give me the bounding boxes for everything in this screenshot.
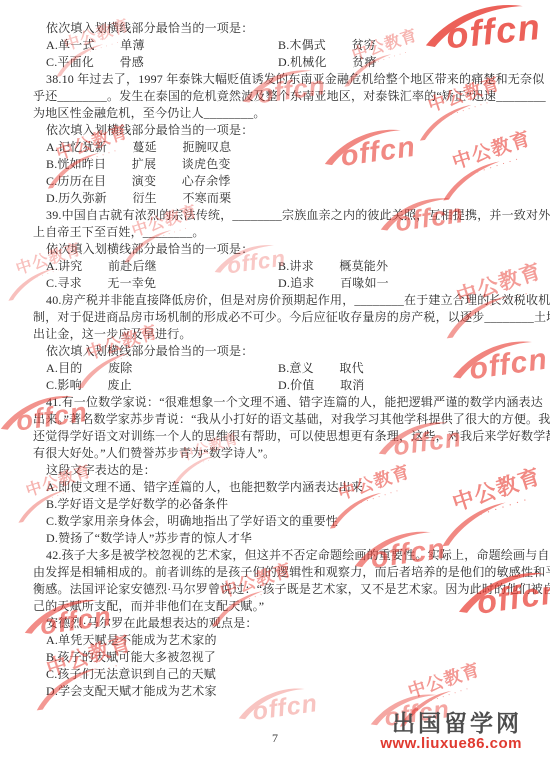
option-row: C.寻求 无一幸免D.追求 百喙如一 [33,275,524,292]
text-line: 38.10 年过去了，1997 年泰铢大幅贬值诱发的东南亚金融危机给整个地区带来… [33,71,524,88]
text-line: D.历久弥新 衍生 不寒而栗 [33,190,524,207]
text-line: B.孩子的天赋可能大多被忽视了 [33,649,524,666]
text-line: 出来。”著名数学家苏步青说：“我从小打好的语文基础，对我学习其他学科提供了很大的… [33,411,524,428]
option: C.影响 废止 [46,377,278,394]
text-line: 制，对于促进商品房市场机制的形成必不可少。今后应征收存量房的房产税，以逐步___… [33,309,524,326]
text-line: 42.孩子大多是被学校忽视的艺术家，但这并不否定命题绘画的重要性。实际上，命题绘… [33,547,524,564]
text-line: 由发挥是相辅相成的。前者训练的是孩子们的逻辑性和观察力，而后者培养的是他们的敏感… [33,564,524,581]
text-line: B.恍如昨日 扩展 谈虎色变 [33,156,524,173]
text-line: 衡感。法国评论家安德烈·马尔罗曾说过：“孩子既是艺术家，又不是艺术家。因为此时的… [33,581,524,598]
option: B.木偶式 贫穷 [278,37,510,54]
option-row: A.单一式 单薄B.木偶式 贫穷 [33,37,524,54]
text-line: 有很大好处。”人们赞誉苏步青为“数学诗人”。 [33,445,524,462]
text-line: 依次填入划横线部分最恰当的一项是： [33,343,524,360]
option-row: A.目的 废除B.意义 取代 [33,360,524,377]
text-line: 为地区性金融危机，至今仍让人________。 [33,105,524,122]
text-line: C.数学家用亲身体会，明确地指出了学好语文的重要性 [33,513,524,530]
text-line: 己的天赋所支配，而并非他们在支配天赋。” [33,598,524,615]
site-url: www.liuxue86.com [380,736,522,752]
text-line: C.孩子们无法意识到自己的天赋 [33,666,524,683]
text-line: A.单凭天赋是不能成为艺术家的 [33,632,524,649]
text-line: 41.有一位数学家说：“很难想象一个文理不通、错字连篇的人，能把逻辑严谨的数学内… [33,394,524,411]
option: C.平面化 骨感 [46,54,278,71]
option: D.追求 百喙如一 [278,275,510,292]
text-line: 安德烈·马尔罗在此最想表达的观点是： [33,615,524,632]
option: A.讲究 前赴后继 [46,258,278,275]
text-line: 这段文字表达的是： [33,462,524,479]
exam-text-block: 依次填入划横线部分最恰当的一项是：A.单一式 单薄B.木偶式 贫穷C.平面化 骨… [33,20,524,700]
text-line: 依次填入划横线部分最恰当的一项是： [33,122,524,139]
text-line: C.历历在目 演变 心存余悸 [33,173,524,190]
text-line: 40.房产税并非能直接降低房价，但是对房价预期起作用，________在于建立合… [33,292,524,309]
option: B.意义 取代 [278,360,510,377]
option: A.单一式 单薄 [46,37,278,54]
option: D.价值 取消 [278,377,510,394]
text-line: 上自帝王下至百姓，________。 [33,224,524,241]
text-line: A.记忆犹新 蔓延 扼腕叹息 [33,139,524,156]
site-name: 出国留学网 [380,711,522,736]
option-row: A.讲究 前赴后继B.讲求 概莫能外 [33,258,524,275]
text-line: 依次填入划横线部分最恰当的一项是： [33,20,524,37]
text-line: A.即使文理不通、错字连篇的人，也能把数学内涵表达出来 [33,479,524,496]
option: C.寻求 无一幸免 [46,275,278,292]
option: B.讲求 概莫能外 [278,258,510,275]
text-line: 出让金，这一步应及早进行。 [33,326,524,343]
text-line: 还觉得学好语文对训练一个人的思维很有帮助，可以使思想更有条理，这些，对我后来学好… [33,428,524,445]
text-line: D.赞扬了“数学诗人”苏步青的惊人才华 [33,530,524,547]
text-line: B.学好语文是学好数学的必备条件 [33,496,524,513]
liuxue-site-logo: 出国留学网 www.liuxue86.com [380,711,522,752]
option-row: C.平面化 骨感D.机械化 贫瘠 [33,54,524,71]
option: D.机械化 贫瘠 [278,54,510,71]
scanned-exam-page: { "page": { "number": "7" }, "footer": {… [0,0,550,766]
text-line: D.学会支配天赋才能成为艺术家 [33,683,524,700]
text-line: 依次填入划横线部分最恰当的一项是： [33,241,524,258]
text-line: 乎还________。发生在泰国的危机竟然波及整个东南亚地区，对泰铢汇率的“矫正… [33,88,524,105]
option-row: C.影响 废止D.价值 取消 [33,377,524,394]
text-line: 39.中国自古就有浓烈的宗法传统，________宗族血亲之内的彼此关照，互相提… [33,207,524,224]
option: A.目的 废除 [46,360,278,377]
